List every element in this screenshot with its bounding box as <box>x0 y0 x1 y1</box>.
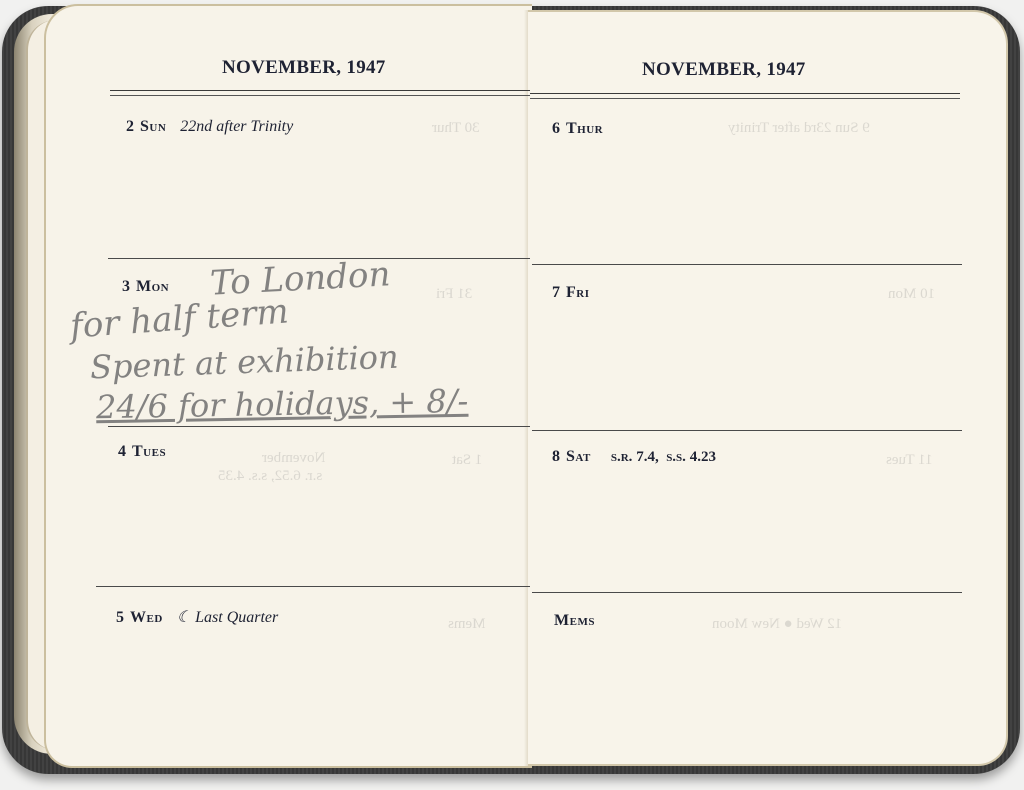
entry-divider <box>96 586 530 587</box>
show-through-text: 10 Mon <box>888 286 935 303</box>
show-through-text: 30 Thur <box>432 120 480 137</box>
sunrise-sunset-note: s.r. 7.4, s.s. 4.23 <box>611 449 716 465</box>
mems-label: Mems <box>554 612 595 629</box>
entry-fri-7: 7Fri <box>552 284 590 302</box>
entry-divider <box>532 264 962 265</box>
header-rule-right <box>530 93 960 99</box>
show-through-text: 1 Sat <box>452 452 482 469</box>
entry-weekday: Thur <box>566 120 603 137</box>
entry-weekday: Sat <box>566 448 591 465</box>
entry-date: 4 <box>118 443 126 460</box>
show-through-text: 11 Tues <box>886 452 933 469</box>
entry-note-moon-phase: ☾ Last Quarter <box>177 609 278 626</box>
entry-divider <box>532 430 962 431</box>
entry-wed-5: 5Wed☾ Last Quarter <box>116 607 278 627</box>
entry-weekday: Fri <box>566 284 590 301</box>
left-page-header: NOVEMBER, 1947 <box>222 57 386 79</box>
show-through-text: November <box>262 450 325 467</box>
show-through-text: s.r. 6.52, s.s. 4.35 <box>218 468 322 485</box>
entry-weekday: Sun <box>140 118 166 135</box>
entry-note: 22nd after Trinity <box>180 118 293 135</box>
entry-tues-4: 4Tues <box>118 443 166 461</box>
show-through-text: 9 Sun 23rd after Trinity <box>728 120 870 137</box>
entry-sat-8: 8Sats.r. 7.4, s.s. 4.23 <box>552 448 716 466</box>
show-through-text: Mems <box>448 616 486 633</box>
handwritten-line: 24/6 for holidays, + 8/- <box>96 382 469 426</box>
entry-date: 8 <box>552 448 560 465</box>
show-through-text: 12 Wed ● New Moon <box>712 616 842 633</box>
entry-date: 5 <box>116 609 124 626</box>
mems-section: Mems <box>554 612 595 630</box>
entry-date: 2 <box>126 118 134 135</box>
entry-sun-2: 2Sun22nd after Trinity <box>126 118 293 136</box>
handwritten-line: Spent at exhibition <box>89 338 399 387</box>
entry-date: 6 <box>552 120 560 137</box>
handwritten-line: for half term <box>69 291 290 346</box>
entry-weekday: Tues <box>132 443 166 460</box>
right-page-header: NOVEMBER, 1947 <box>642 59 806 81</box>
entry-weekday: Wed <box>130 609 163 626</box>
handwritten-note: To London for half term Spent at exhibit… <box>60 255 530 445</box>
entry-thur-6: 6Thur <box>552 120 603 138</box>
header-rule-left <box>110 90 530 96</box>
entry-divider <box>532 592 962 593</box>
entry-date: 7 <box>552 284 560 301</box>
